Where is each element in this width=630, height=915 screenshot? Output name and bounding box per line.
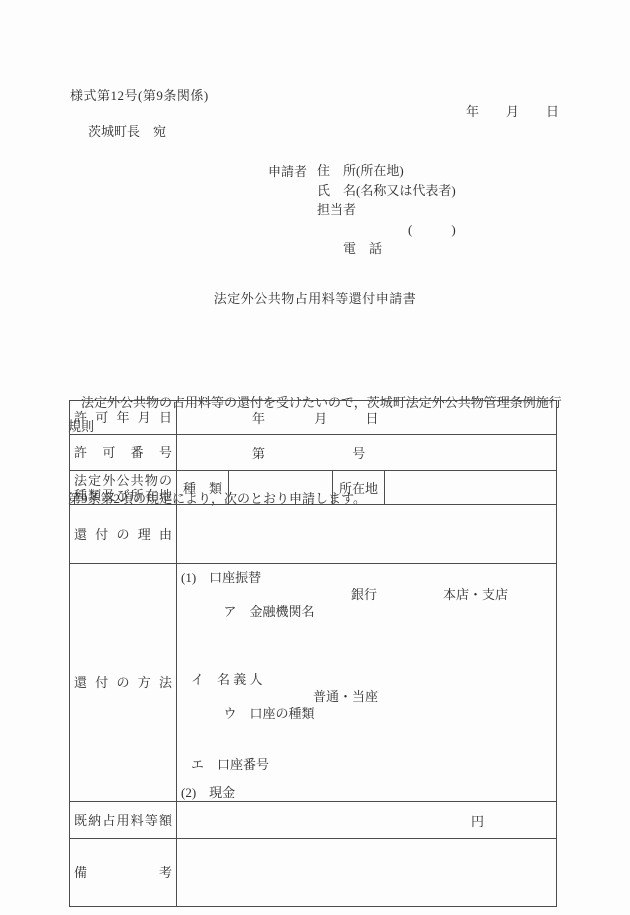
paid-amount-value-cell: 円 [177,802,557,839]
bank-suffix-label: 銀行 [351,586,377,603]
remarks-label: 備 考 [70,839,177,907]
method-line-holder: イ 名 義 人 [181,671,556,688]
property-label-line2: 種類及び所在地 [74,488,172,503]
method-line-account-type: ウ 口座の種類 普通・当座 [181,688,556,756]
form-number: 様式第12号(第9条関係) [70,85,209,104]
applicant-phone-line: 電 話 ( ) [317,220,456,298]
paid-amount-label: 既納占用料等額 [70,802,177,839]
refund-reason-input-area [177,505,557,564]
date-line: 年 月 日 [466,101,559,120]
property-kind-label: 種 類 [177,471,229,504]
date-day-label: 日 [546,101,559,120]
method-line-bank: ア 金融機関名 銀行 本店・支店 [181,586,556,671]
account-type-label: ウ 口座の種類 [224,706,315,721]
remarks-input-area [177,839,557,907]
applicant-name-label: 氏 名(名称又は代表者) [317,181,456,201]
applicant-block: 申請者 住 所(所在地) 氏 名(名称又は代表者) 担当者 電 話 ( ) [268,161,456,298]
permit-number-suffix: 号 [352,446,365,461]
applicant-label: 申請者 [268,161,307,298]
method-line-account-number: エ 口座番号 [181,756,556,773]
phone-area-code-parens: ( ) [408,220,456,240]
date-year-label: 年 [466,101,479,120]
refund-method-label: 還 付 の 方 法 [70,564,177,802]
permit-date-label: 許 可 年 月 日 [70,401,177,435]
property-value-cell: 種 類 所在地 [177,471,557,505]
property-label-line1: 法定外公共物の [74,473,172,488]
document-page: 様式第12号(第9条関係) 年 月 日 茨城町長 宛 申請者 住 所(所在地) … [0,0,630,915]
property-location-label: 所在地 [333,471,385,504]
date-month-label: 月 [506,101,519,120]
refund-method-value-cell: (1) 口座振替 ア 金融機関名 銀行 本店・支店 イ 名 義 人 ウ 口座の種… [177,564,557,802]
permit-date-day: 日 [366,411,379,426]
permit-number-row: 許 可 番 号 第 号 [70,435,557,471]
refund-reason-label: 還 付 の 理 由 [70,505,177,564]
account-type-choice-label: 普通・当座 [313,688,378,705]
permit-date-row: 許 可 年 月 日 年 月 日 [70,401,557,435]
permit-date-year: 年 [252,411,265,426]
property-location-input-area [385,471,556,504]
branch-choice-label: 本店・支店 [443,586,508,603]
applicant-contact-label: 担当者 [317,200,456,220]
applicant-address-label: 住 所(所在地) [317,161,456,181]
method-option1-heading: (1) 口座振替 [181,569,556,586]
paid-amount-row: 既納占用料等額 円 [70,802,557,839]
bank-name-label: ア 金融機関名 [224,604,315,619]
property-kind-input-area [229,471,333,504]
document-title: 法定外公共物占用料等還付申請書 [0,288,630,307]
paid-amount-unit: 円 [471,814,484,829]
property-row: 法定外公共物の 種類及び所在地 種 類 所在地 [70,471,557,505]
permit-number-prefix: 第 [252,446,265,461]
application-table: 許 可 年 月 日 年 月 日 許 可 番 号 第 号 法定外公共物の 種類及び… [69,400,557,907]
permit-date-month: 月 [314,411,327,426]
permit-date-value-cell: 年 月 日 [177,401,557,435]
property-label: 法定外公共物の 種類及び所在地 [70,471,177,505]
permit-number-label: 許 可 番 号 [70,435,177,471]
method-option2-heading: (2) 現金 [181,784,556,801]
refund-method-row: 還 付 の 方 法 (1) 口座振替 ア 金融機関名 銀行 本店・支店 イ 名 … [70,564,557,802]
refund-reason-row: 還 付 の 理 由 [70,505,557,564]
applicant-phone-label: 電 話 [343,241,382,256]
addressee: 茨城町長 宛 [88,121,166,140]
remarks-row: 備 考 [70,839,557,907]
permit-number-value-cell: 第 号 [177,435,557,471]
